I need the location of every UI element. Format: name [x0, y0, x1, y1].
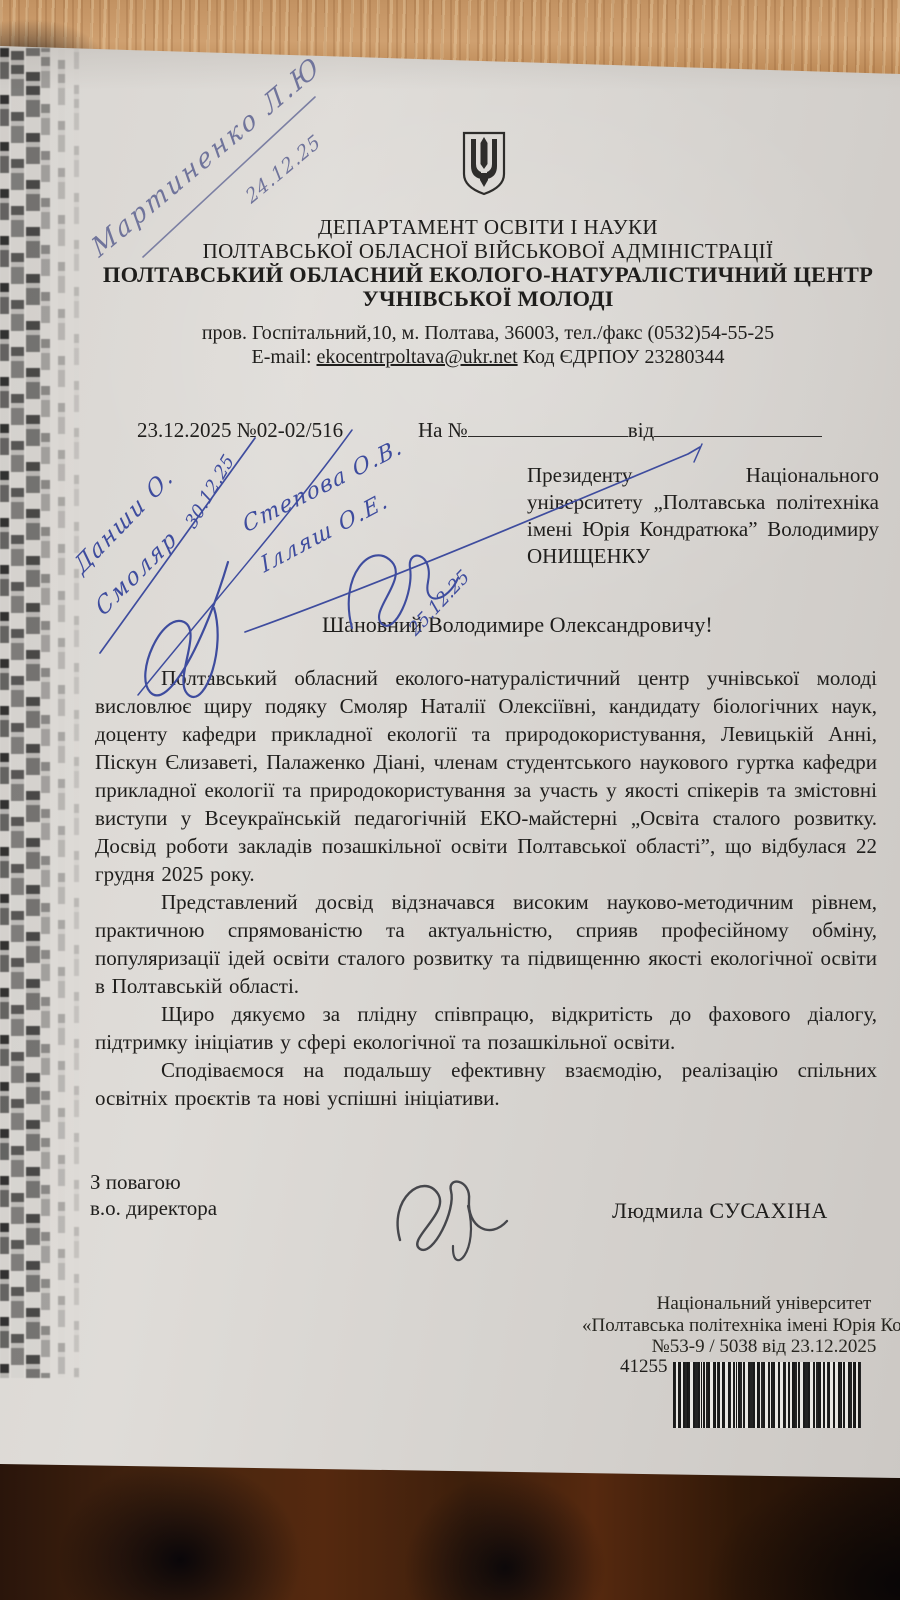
signer-position: в.о. директора [90, 1196, 217, 1221]
addressee-block: Президенту Національного університету „П… [527, 462, 879, 570]
edrpou-code: Код ЄДРПОУ 23280344 [518, 346, 725, 368]
signer-name: Людмила СУСАХІНА [612, 1198, 828, 1224]
ukraine-trident-emblem [461, 131, 507, 197]
department-line1: ДЕПАРТАМЕНТ ОСВІТИ І НАУКИ [76, 216, 900, 240]
department-line2: ПОЛТАВСЬКОЇ ОБЛАСНОЇ ВІЙСЬКОВОЇ АДМІНІСТ… [76, 240, 900, 264]
letter-body: Полтавський обласний еколого-натуралісти… [95, 664, 877, 1112]
org-contacts: E-mail: ekocentrpoltava@ukr.net Код ЄДРП… [76, 345, 900, 369]
email-address: ekocentrpoltava@ukr.net [317, 346, 518, 368]
paragraph-1: Полтавський обласний еколого-натуралісти… [95, 664, 877, 888]
stamp-line3: №53-9 / 5038 від 23.12.2025 [582, 1336, 900, 1358]
paragraph-3: Щиро дякуємо за плідну співпрацю, відкри… [95, 1000, 877, 1056]
photo-of-letter: ДЕПАРТАМЕНТ ОСВІТИ І НАУКИ ПОЛТАВСЬКОЇ О… [0, 0, 900, 1600]
reply-vid-label: від [628, 418, 654, 442]
stamp-line1: Національний університет [582, 1293, 900, 1315]
barcode [673, 1362, 861, 1428]
email-label: E-mail: [252, 346, 317, 368]
reply-reference-line: На №від [418, 418, 822, 443]
letter-sheet: ДЕПАРТАМЕНТ ОСВІТИ І НАУКИ ПОЛТАВСЬКОЇ О… [0, 0, 900, 1600]
reply-date-blank [654, 419, 822, 437]
stamp-line2: «Полтавська політехніка імені Юрія Кондр… [582, 1315, 900, 1337]
salutation: Шановний Володимире Олександровичу! [322, 612, 713, 638]
closing-regards: З повагою [90, 1170, 181, 1195]
reply-number-blank [468, 419, 628, 437]
paragraph-4: Сподіваємося на подальшу ефективну взаєм… [95, 1056, 877, 1112]
org-address: пров. Госпітальний,10, м. Полтава, 36003… [76, 321, 900, 345]
letterhead: ДЕПАРТАМЕНТ ОСВІТИ І НАУКИ ПОЛТАВСЬКОЇ О… [76, 216, 900, 369]
paragraph-2: Представлений досвід відзначався високим… [95, 888, 877, 1000]
handwritten-top-date: 24.12.25 [242, 130, 325, 208]
org-name-line1: ПОЛТАВСЬКИЙ ОБЛАСНИЙ ЕКОЛОГО-НАТУРАЛІСТИ… [76, 263, 900, 287]
handwritten-left-date: 30.12.25 [181, 451, 238, 533]
outgoing-date-number: 23.12.2025 №02-02/516 [137, 418, 343, 443]
reply-no-label: На № [418, 418, 468, 442]
org-name-line2: УЧНІВСЬКОЇ МОЛОДІ [76, 287, 900, 311]
stamp-number: 41255 [620, 1356, 668, 1378]
university-registration-stamp: Національний університет «Полтавська пол… [582, 1293, 900, 1358]
